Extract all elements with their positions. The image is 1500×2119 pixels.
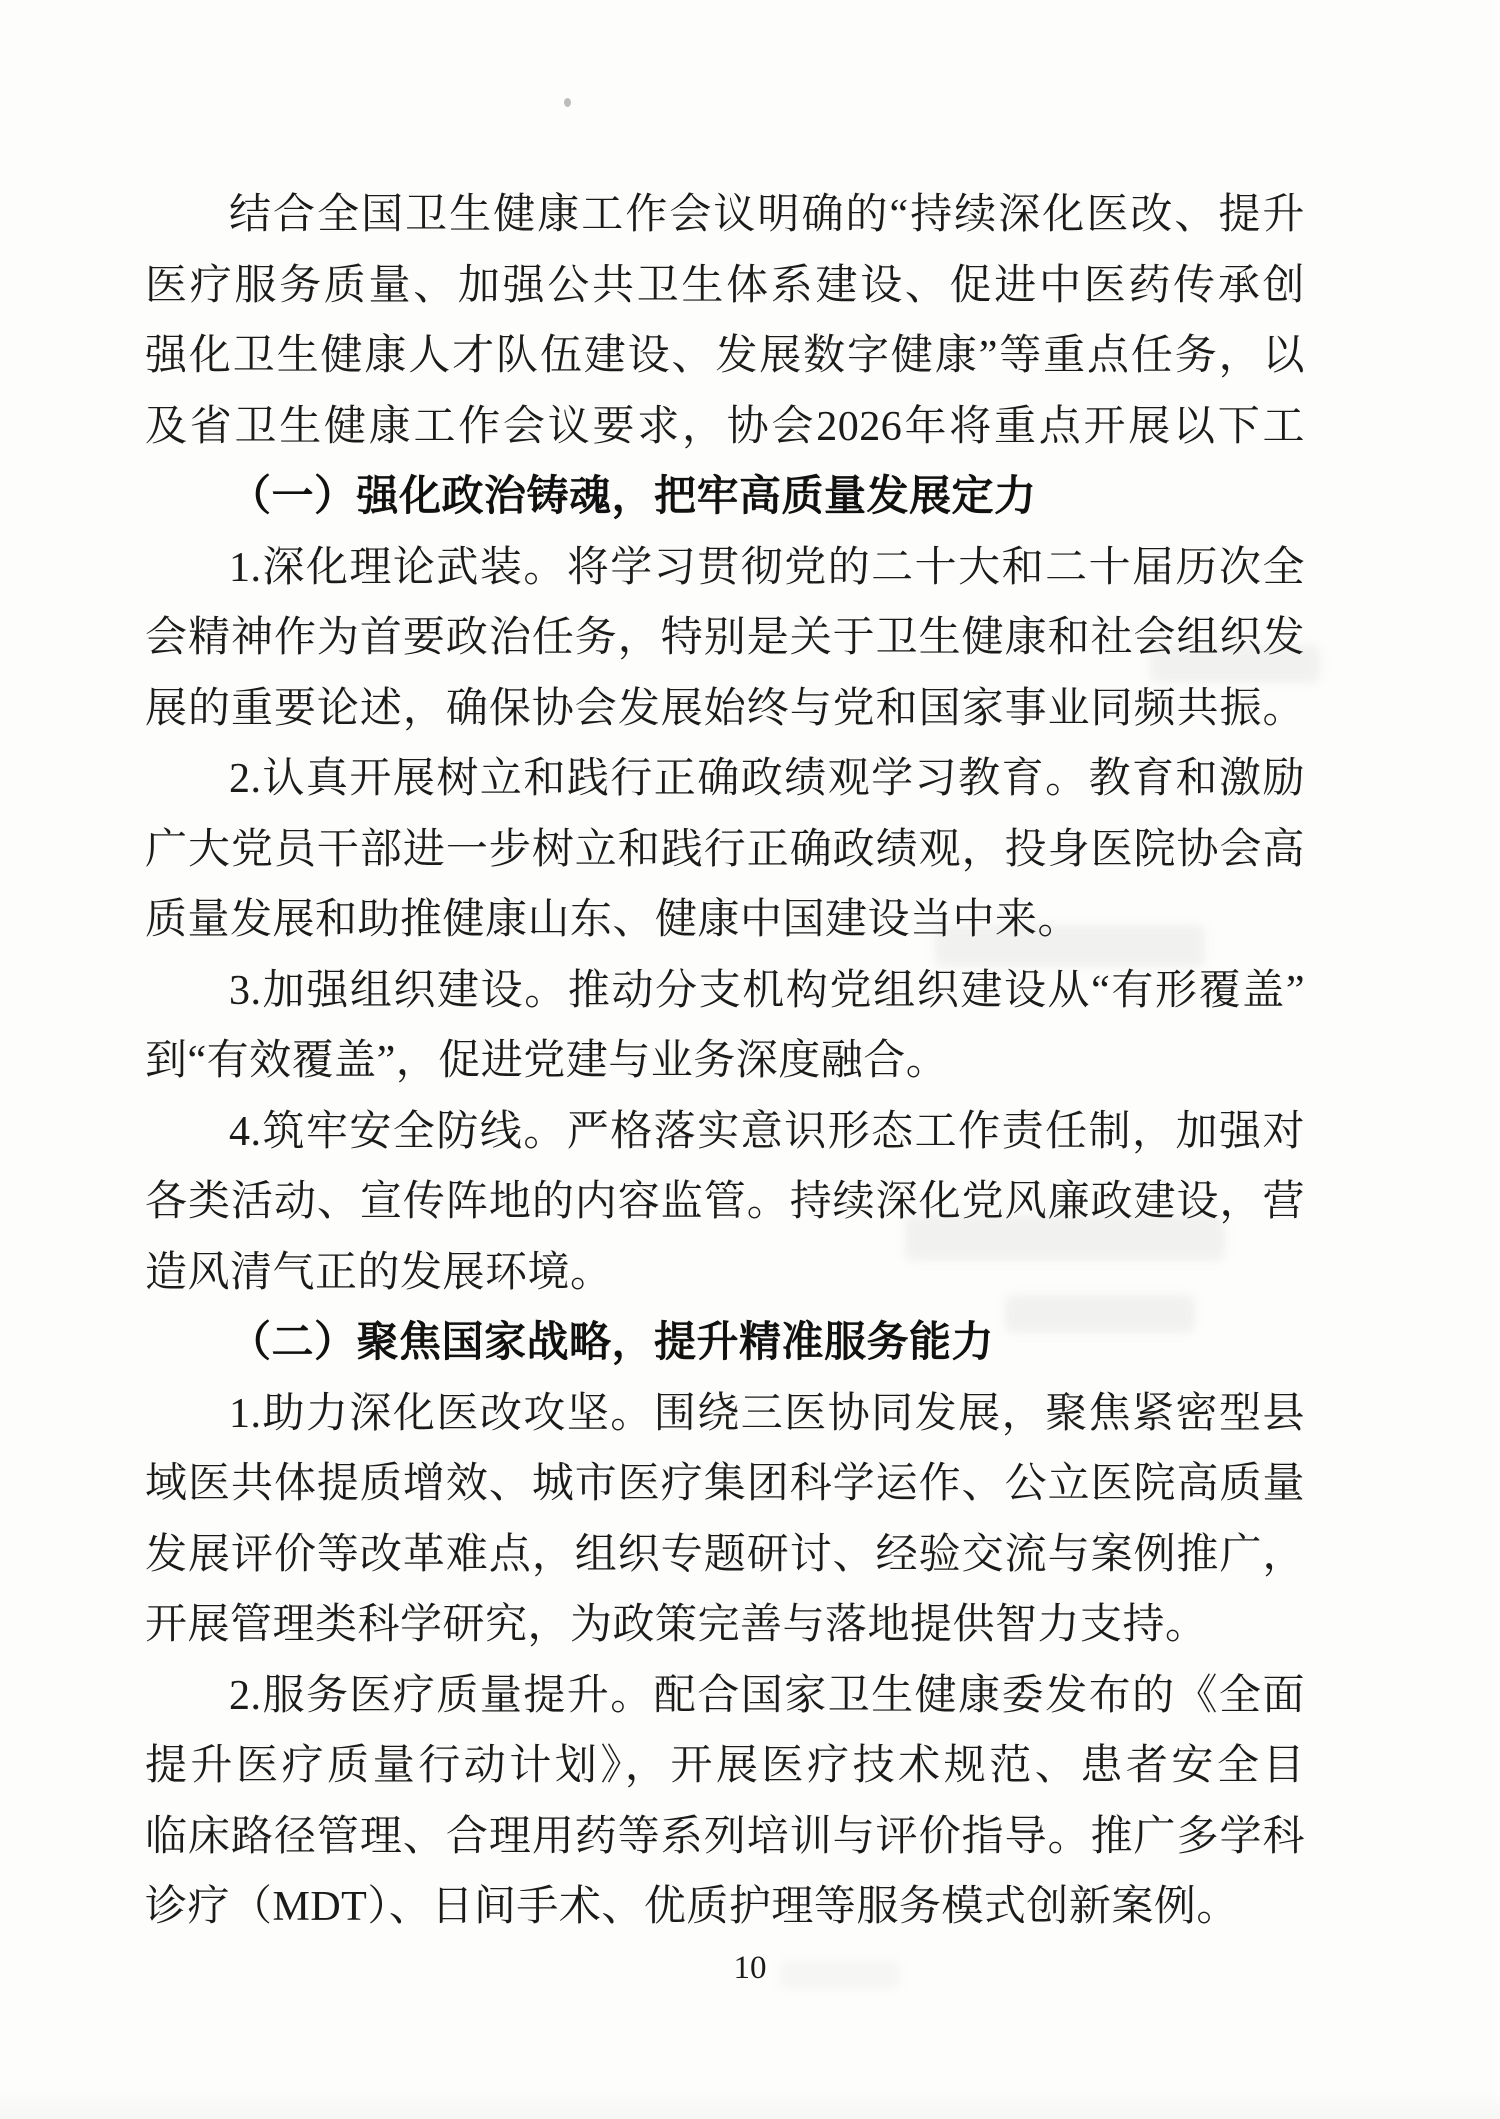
text-line: 质量发展和助推健康山东、健康中国建设当中来。: [145, 885, 1305, 956]
scan-speck: [564, 98, 571, 107]
text-line: 1.助力深化医改攻坚。围绕三医协同发展，聚焦紧密型县: [145, 1379, 1305, 1450]
text-line: 2.认真开展树立和践行正确政绩观学习教育。教育和激励: [145, 744, 1305, 815]
section-heading: （一）强化政治铸魂，把牢高质量发展定力: [145, 462, 1305, 533]
text-line: 造风清气正的发展环境。: [145, 1238, 1305, 1309]
page-number: 10: [0, 1948, 1500, 1988]
text-line: 展的重要论述，确保协会发展始终与党和国家事业同频共振。: [145, 674, 1305, 745]
text-line: 开展管理类科学研究，为政策完善与落地提供智力支持。: [145, 1590, 1305, 1661]
text-line: 域医共体提质增效、城市医疗集团科学运作、公立医院高质量: [145, 1449, 1305, 1520]
text-line: 诊疗（MDT）、日间手术、优质护理等服务模式创新案例。: [145, 1872, 1305, 1943]
section-heading: （二）聚焦国家战略，提升精准服务能力: [145, 1308, 1305, 1379]
text-line: 及省卫生健康工作会议要求，协会2026年将重点开展以下工作：: [145, 392, 1305, 463]
text-line: 发展评价等改革难点，组织专题研讨、经验交流与案例推广，: [145, 1520, 1305, 1591]
text-line: 广大党员干部进一步树立和践行正确政绩观，投身医院协会高: [145, 815, 1305, 886]
text-line: 结合全国卫生健康工作会议明确的“持续深化医改、提升: [145, 180, 1305, 251]
text-line: 3.加强组织建设。推动分支机构党组织建设从“有形覆盖”: [145, 956, 1305, 1027]
scanned-document-page: 结合全国卫生健康工作会议明确的“持续深化医改、提升 医疗服务质量、加强公共卫生体…: [0, 0, 1500, 2119]
text-line: 会精神作为首要政治任务，特别是关于卫生健康和社会组织发: [145, 603, 1305, 674]
text-line: 到“有效覆盖”，促进党建与业务深度融合。: [145, 1026, 1305, 1097]
text-line: 强化卫生健康人才队伍建设、发展数字健康”等重点任务，以: [145, 321, 1305, 392]
text-line: 临床路径管理、合理用药等系列培训与评价指导。推广多学科: [145, 1802, 1305, 1873]
text-line: 2.服务医疗质量提升。配合国家卫生健康委发布的《全面: [145, 1661, 1305, 1732]
text-line: 提升医疗质量行动计划》，开展医疗技术规范、患者安全目标、: [145, 1731, 1305, 1802]
text-line: 各类活动、宣传阵地的内容监管。持续深化党风廉政建设，营: [145, 1167, 1305, 1238]
document-body: 结合全国卫生健康工作会议明确的“持续深化医改、提升 医疗服务质量、加强公共卫生体…: [145, 180, 1305, 1943]
text-line: 医疗服务质量、加强公共卫生体系建设、促进中医药传承创新、: [145, 251, 1305, 322]
text-line: 4.筑牢安全防线。严格落实意识形态工作责任制，加强对: [145, 1097, 1305, 1168]
text-line: 1.深化理论武装。将学习贯彻党的二十大和二十届历次全: [145, 533, 1305, 604]
